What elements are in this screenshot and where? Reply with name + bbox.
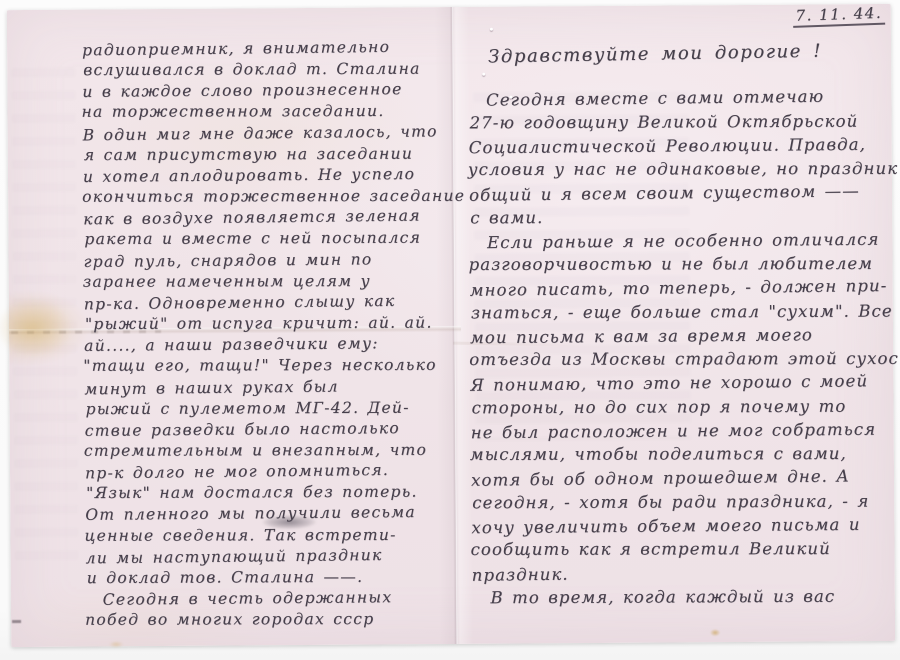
right-page-lines: Сегодня вместе с вами отмечаю27-ю годовщ…	[468, 85, 890, 610]
handwriting-line: мыслями, чтобы поделиться с вами,	[470, 442, 888, 467]
handwriting-line: праздник.	[472, 559, 890, 587]
handwriting-line: В один миг мне даже казалось, что	[83, 121, 455, 146]
stain	[109, 641, 123, 647]
handwriting-line: ракета и вместе с ней посыпался	[84, 228, 456, 251]
handwriting-line: с вами.	[470, 204, 888, 230]
handwriting-line: "Язык" нам достался без потерь.	[86, 482, 458, 505]
handwriting-line: и хотел аплодировать. Не успело	[83, 164, 455, 188]
handwriting-line: В то время, когда каждый из вас	[473, 584, 891, 610]
scan-background: 7. 11. 44. Здравствуйте мои дорогие ! ра…	[0, 0, 900, 660]
handwriting-line: хотя бы об одном прошедшем дне. А	[471, 464, 889, 492]
handwriting-line: Сегодня вместе с вами отмечаю	[468, 84, 886, 112]
handwriting-line: Сегодня в честь одержанных	[86, 587, 458, 611]
handwriting-line: вслушивался в доклад т. Сталина	[83, 59, 455, 82]
handwriting-line: знаться, - еще больше стал "сухим". Все	[471, 299, 889, 325]
left-page: радиоприемник, я внимательновслушивался …	[82, 37, 458, 632]
handwriting-line: разговорчивостью и не был любителем	[469, 252, 887, 277]
pen-mark	[12, 620, 21, 623]
handwriting-line: ай...., а наши разведчики ему:	[84, 333, 456, 357]
handwriting-line: сегодня, - хотя бы ради праздника, - я	[472, 489, 890, 515]
pinhole-speck	[482, 73, 485, 76]
handwriting-line: рыжий с пулеметом МГ-42. Дей-	[86, 397, 458, 420]
handwriting-line: стремительным и внезапным, что	[84, 440, 456, 462]
date-annotation: 7. 11. 44.	[793, 4, 886, 28]
handwriting-line: условия у нас не одинаковые, но праздник	[468, 157, 886, 182]
letter-sheet: 7. 11. 44. Здравствуйте мои дорогие ! ра…	[7, 4, 895, 647]
handwriting-line: "рыжий" от испуга кричит: ай. ай.	[85, 312, 457, 335]
handwriting-line: ствие разведки было настолько	[85, 417, 457, 441]
handwriting-line: и в каждое слово произнесенное	[82, 79, 454, 103]
handwriting-line: ли мы наступающий праздник	[86, 544, 458, 569]
handwriting-line: пр-ка. Одновременно слышу как	[84, 290, 456, 315]
pinhole-speck	[490, 28, 493, 31]
handwriting-line: окончиться торжественное заседание	[82, 186, 454, 208]
handwriting-line: побед во многих городах ссср	[85, 609, 457, 631]
handwriting-line: отъезда из Москвы страдают этой сухостью…	[469, 347, 887, 372]
handwriting-line: общий и я всем своим существом ——	[469, 179, 887, 207]
handwriting-line: на торжественном заседании.	[81, 101, 453, 123]
handwriting-line: хочу увеличить объем моего письма и	[471, 512, 889, 539]
handwriting-line: минут в наших руках был	[84, 375, 456, 400]
handwriting-line: мои письма к вам за время моего	[470, 322, 888, 349]
stain	[710, 629, 720, 636]
handwriting-line: "тащи его, тащи!" Через несколько	[83, 355, 455, 377]
handwriting-line: град пуль, снарядов и мин по	[83, 248, 455, 272]
salutation: Здравствуйте мои дорогие !	[465, 40, 845, 68]
handwriting-line: я сам присутствую на заседании	[84, 143, 456, 166]
left-page-lines: радиоприемник, я внимательновслушивался …	[82, 37, 458, 632]
handwriting-line: 27-ю годовщину Великой Октябрьской	[470, 109, 888, 135]
handwriting-line: много писать, то теперь, - должен при-	[470, 274, 888, 302]
handwriting-line: заранее намеченным целям у	[83, 270, 455, 292]
handwriting-line: Если раньше я не особенно отличался	[469, 227, 887, 254]
ink-showthrough	[11, 68, 78, 568]
handwriting-line: ценные сведения. Так встрети-	[84, 524, 456, 546]
right-page: Сегодня вместе с вами отмечаю27-ю годовщ…	[468, 85, 890, 610]
handwriting-line: стороны, но до сих пор я почему то	[472, 394, 890, 420]
handwriting-line: и доклад тов. Сталина ——.	[87, 566, 459, 589]
handwriting-line: Социалистической Революции. Правда,	[469, 132, 887, 159]
handwriting-line: сообщить как я встретил Великий	[471, 537, 889, 562]
handwriting-line: Я понимаю, что это не хорошо с моей	[470, 369, 888, 397]
handwriting-line: не был расположен и не мог собраться	[471, 417, 889, 444]
